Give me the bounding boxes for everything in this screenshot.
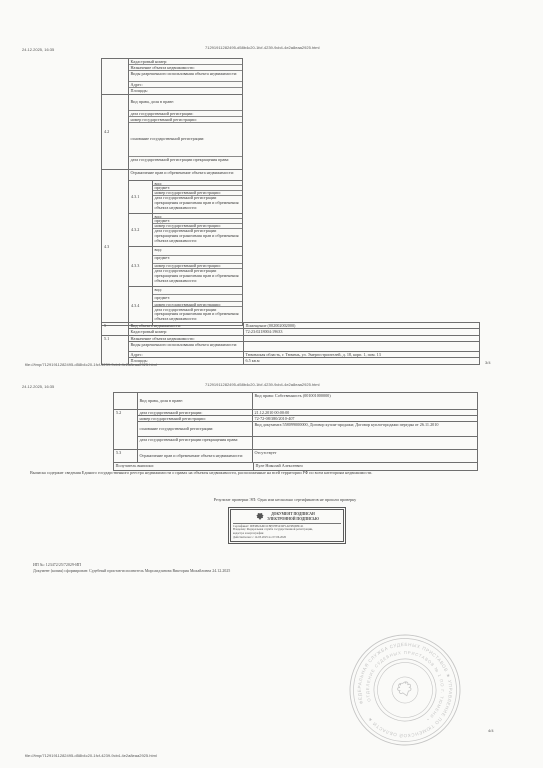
print-file-url: file:///tmp/71291911282495-d58b4c20-1fcf… [25,362,157,367]
table-row: дата государственной регистрации прекращ… [138,437,477,449]
print-file-url: file:///tmp/71291911282495-d58b4c20-1fcf… [25,753,157,758]
field-label-cell: дата государственной регистрации прекращ… [153,229,242,246]
stamp-validity-line: Действителен: с 14.03.2025 по 07.06.2026 [233,536,341,540]
stamp-header: ДОКУМЕНТ ПОДПИСАН ЭЛЕКТРОННОЙ ПОДПИСЬЮ [233,512,341,524]
rights-section-table: Кадастровый номер:Назначение объекта нед… [101,58,243,326]
row-number-cell [102,59,129,94]
restriction-subrow: 4.3.3вид:предмет:номер государственной р… [129,247,242,287]
table-row: Ограничение прав и обременение объекта н… [138,450,477,462]
field-label-cell: Вид объекта недвижимости: [129,323,244,328]
table-row: Площадь:6.5 кв.м [129,358,479,364]
table-band: 5.1Назначение объекта недвижимости:Виды … [102,336,479,364]
rows-col: Получатель выписки:Пуле Николай Алексеев… [114,463,477,470]
rows-col: Вид права, доля в праве:Вид права: Собст… [138,393,477,409]
table-band: Вид права, доля в праве:Вид права: Собст… [114,393,477,410]
field-label-cell: дата государственной регистрации прекращ… [129,157,242,169]
field-label-cell: основание государственной регистрации: [138,422,253,436]
field-label-cell: предмет: [153,295,242,302]
table-band: 4.2Вид права, доля в праве:дата государс… [102,95,242,170]
field-value-cell [244,336,479,341]
signature-verification-result: Результат проверки ЭП: Одна или нескольк… [212,497,358,502]
table-row: Виды разрешенного использования объекта … [129,342,479,352]
field-label-cell: основание государственной регистрации: [129,123,242,157]
document-formed-by: Документ (копия) сформирован: Судебный п… [33,568,230,574]
page-number: 4/4 [488,728,494,733]
field-label-cell: вид: [153,287,242,295]
field-label-cell: номер государственной регистрации: [138,416,253,421]
field-value-cell: 6.5 кв.м [244,358,479,364]
table-band: 5Вид объекта недвижимости:Помещение (002… [102,323,479,336]
table-row: Вид права, доля в праве:Вид права: Собст… [138,393,477,409]
rows-col: Вид права, доля в праве:дата государстве… [129,95,242,169]
field-value-cell: Помещение (002002002000) [244,323,479,328]
rows-col: Ограничение прав и обременение объекта н… [129,170,242,325]
table-row: Кадастровый номер:72:23:0218004:19633 [129,329,479,335]
print-filename: 71291911282495-d58b4c20-1fcf-4239-9cb4-4… [205,45,319,50]
svg-text:ОТДЕЛЕНИЕ СУДЕБНЫХ ПРИСТАВОВ №: ОТДЕЛЕНИЕ СУДЕБНЫХ ПРИСТАВОВ № 1 ПО Г. Т… [355,640,455,739]
field-value-cell [253,437,477,449]
field-label-cell: дата государственной регистрации прекращ… [153,196,242,213]
field-value-cell: Вид права: Собственность (001001000000) [253,393,477,409]
stamp-title-line1: ДОКУМЕНТ ПОДПИСАН [267,512,319,516]
table-band: 4.3Ограничение прав и обременение объект… [102,170,242,325]
field-value-cell [244,342,479,351]
print-timestamp: 24.12.2025, 16:35 [22,384,54,389]
rights-continuation-table: Вид права, доля в праве:Вид права: Собст… [113,392,478,471]
print-timestamp: 24.12.2025, 16:35 [22,47,54,52]
row-number-cell: 4.3 [102,170,129,325]
field-value-cell: Вид документа 558099000000, Договор купл… [253,422,477,436]
restriction-subrow: 4.3.2вид:предмет:номер государственной р… [129,214,242,247]
rows-col: Назначение объекта недвижимости:Виды раз… [129,336,479,364]
field-label-cell: Площадь: [129,88,242,94]
rows-col: Ограничение прав и обременение объекта н… [138,450,477,462]
sub-number-cell: 4.3.2 [129,214,153,246]
restriction-subrow: 4.3.4вид:предмет:номер государственной р… [129,287,242,325]
field-value-cell: Тюменская область, г. Тюмень, ул. Энерго… [244,352,479,357]
field-label-cell: Вид права, доля в праве: [138,393,253,409]
table-band: 5.3Ограничение прав и обременение объект… [114,450,477,463]
seal-ring1-text: ФЕДЕРАЛЬНАЯ СЛУЖБА СУДЕБНЫХ ПРИСТАВОВ ★ … [345,630,465,750]
table-row: основание государственной регистрации:Ви… [138,422,477,437]
page-number: 3/4 [485,360,491,365]
table-band: 5.2дата государственной регистрации:21.1… [114,410,477,450]
row-number-cell: 4.2 [102,95,129,169]
sub-number-cell: 4.3.4 [129,287,153,325]
table-band: Получатель выписки:Пуле Николай Алексеев… [114,463,477,470]
fields-col: вид:предмет:номер государственной регист… [153,214,242,246]
fields-col: вид:предмет:номер государственной регист… [153,247,242,286]
field-label-cell: Ограничение прав и обременение объекта н… [138,450,253,462]
field-value-cell: 72-72-08/380/2010-407 [253,416,477,421]
signature-stamp-inner: ДОКУМЕНТ ПОДПИСАН ЭЛЕКТРОННОЙ ПОДПИСЬЮ С… [230,509,344,542]
field-label-cell: Вид права, доля в праве: [129,95,242,111]
sub-number-cell: 4.3.1 [129,181,153,213]
row-number-cell: 5 [102,323,129,335]
field-label-cell: Кадастровый номер: [129,329,244,335]
signature-stamp: ДОКУМЕНТ ПОДПИСАН ЭЛЕКТРОННОЙ ПОДПИСЬЮ С… [228,507,346,544]
rows-col: Кадастровый номер:Назначение объекта нед… [129,59,242,94]
seal-ring2-text: ОТДЕЛЕНИЕ СУДЕБНЫХ ПРИСТАВОВ № 1 ПО Г. Т… [355,640,455,739]
row-number-cell: 5.3 [114,450,138,462]
coat-of-arms-icon [255,512,265,522]
field-label-cell: Получатель выписки: [114,463,254,470]
object-section-table: 5Вид объекта недвижимости:Помещение (002… [101,322,480,365]
official-seal: ФЕДЕРАЛЬНАЯ СЛУЖБА СУДЕБНЫХ ПРИСТАВОВ ★ … [345,630,465,750]
rows-col: дата государственной регистрации:21.12.2… [138,410,477,449]
sub-number-cell: 4.3.3 [129,247,153,286]
field-value-cell: 21.12.2010 00:00:00 [253,410,477,415]
rows-col: Вид объекта недвижимости:Помещение (0020… [129,323,479,335]
row-number-cell: 5.2 [114,410,138,449]
extract-note: Выписка содержит сведения Единого госуда… [30,470,488,475]
field-value-cell: 72:23:0218004:19633 [244,329,479,335]
field-label-cell: дата государственной регистрации прекращ… [153,269,242,287]
field-label-cell: дата государственной регистрации: [138,410,253,415]
field-label-cell: вид: [153,247,242,256]
field-label-cell: Адрес: [129,352,244,357]
print-filename: 71291911282495-d58b4c20-1fcf-4239-9cb4-4… [205,382,319,387]
field-value-cell: Пуле Николай Алексеевич [254,463,477,470]
field-label-cell: Назначение объекта недвижимости: [129,336,244,341]
table-band: Кадастровый номер:Назначение объекта нед… [102,59,242,95]
table-row: Получатель выписки:Пуле Николай Алексеев… [114,463,477,470]
seal-eagle-icon [396,681,413,698]
enforcement-info: ИП №: 123472/25/72029-ИП Документ (копия… [33,562,230,574]
field-label-cell: дата государственной регистрации прекращ… [138,437,253,449]
fields-col: вид:предмет:номер государственной регист… [153,287,242,325]
fields-col: вид:предмет:номер государственной регист… [153,181,242,213]
document-canvas: 24.12.2025, 16:35 71291911282495-d58b4c2… [0,0,543,768]
row-number-cell [114,393,138,409]
field-value-cell: Отсутствует [253,450,477,462]
restriction-subrow: 4.3.1вид:предмет:номер государственной р… [129,181,242,214]
stamp-title-line2: ЭЛЕКТРОННОЙ ПОДПИСЬЮ [267,517,319,521]
field-label-cell: Виды разрешенного использования объекта … [129,342,244,351]
svg-text:ФЕДЕРАЛЬНАЯ СЛУЖБА СУДЕБНЫХ ПР: ФЕДЕРАЛЬНАЯ СЛУЖБА СУДЕБНЫХ ПРИСТАВОВ ★ … [345,630,465,750]
field-label-cell: Ограничение прав и обременение объекта н… [129,170,242,181]
field-label-cell: Виды разрешенного использования объекта … [129,71,242,82]
row-number-cell: 5.1 [102,336,129,364]
field-label-cell: предмет: [153,256,242,264]
